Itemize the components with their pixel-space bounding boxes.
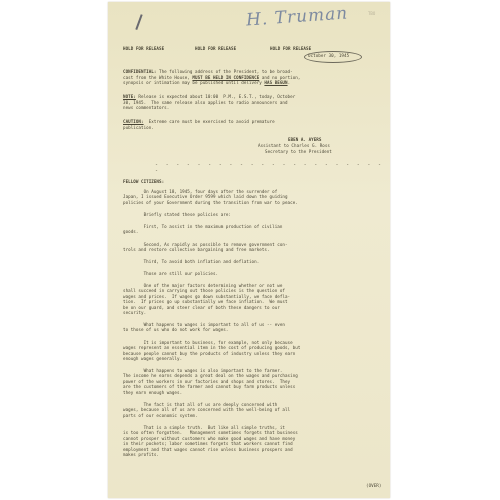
body-line: trols and restore collective bargaining … (123, 247, 270, 252)
hold-for-release-label-1: HOLD FOR RELEASE (123, 46, 164, 51)
body-line: makes profits. (123, 452, 159, 457)
body-line: parts of our economic system. (123, 413, 198, 418)
note-label: NOTE: (123, 94, 136, 99)
confidential-line-3: synopsis or intimation may be published … (123, 80, 290, 85)
over-footer: (OVER) (366, 483, 381, 488)
release-date: October 30, 1945 (308, 53, 349, 58)
confidential-text: and no portion, (259, 75, 300, 80)
confidential-text: . (288, 80, 291, 85)
note-text: Release is expected about 10:00 P.M., E.… (136, 94, 295, 99)
body-line: security. (123, 310, 146, 315)
body-line: they earn enough wages. (123, 390, 182, 395)
body-line: Third, To avoid both inflation and defla… (123, 259, 259, 264)
body-line: Briefly stated these policies are: (123, 212, 231, 217)
confidential-text: cast from the White House, (123, 75, 192, 80)
body-line: Those are still our policies. (123, 271, 218, 276)
corner-mark: TBO (368, 11, 375, 16)
confidential-label: CONFIDENTIAL: (123, 69, 156, 74)
handwritten-signature: H. Truman (245, 3, 348, 30)
confidential-text: The following address of the President, … (156, 69, 292, 74)
document-page: TBO H. Truman HOLD FOR RELEASE HOLD FOR … (108, 2, 390, 498)
separator-line: - - - - - - - - - - - - - - - - - - - - … (155, 162, 390, 174)
body-line: goods. (123, 229, 138, 234)
confidential-text: synopsis or intimation may be published … (123, 80, 264, 85)
pen-mark (135, 14, 142, 30)
body-line: enough wages generally. (123, 356, 182, 361)
body-line: policies of your Government during the t… (123, 200, 298, 205)
signatory-title-1: Assistant to Charles G. Ross (258, 143, 330, 148)
body-line: be on our guard, and steer clear of both… (123, 305, 280, 310)
body-line: to those of us who do not work for wages… (123, 327, 228, 332)
hold-for-release-label-3: HOLD FOR RELEASE (270, 46, 311, 51)
caution-text: Extreme care must be exercised to avoid … (144, 119, 275, 124)
signatory-name: EBEN A. AYERS (288, 137, 321, 142)
note-line-3: news commentators. (123, 105, 169, 110)
has-begun-emphasis: HAS BEGUN (264, 80, 287, 85)
signatory-title-2: Secretary to the President (265, 149, 332, 154)
caution-label: CAUTION: (123, 119, 144, 124)
body-line: First, To assist in the maximum producti… (123, 224, 282, 229)
salutation: FELLOW CITIZENS: (123, 179, 164, 184)
hold-for-release-label-2: HOLD FOR RELEASE (195, 46, 236, 51)
must-be-held-emphasis: MUST BE HELD IN CONFIDENCE (192, 75, 259, 80)
caution-line-2: publication. (123, 125, 154, 130)
